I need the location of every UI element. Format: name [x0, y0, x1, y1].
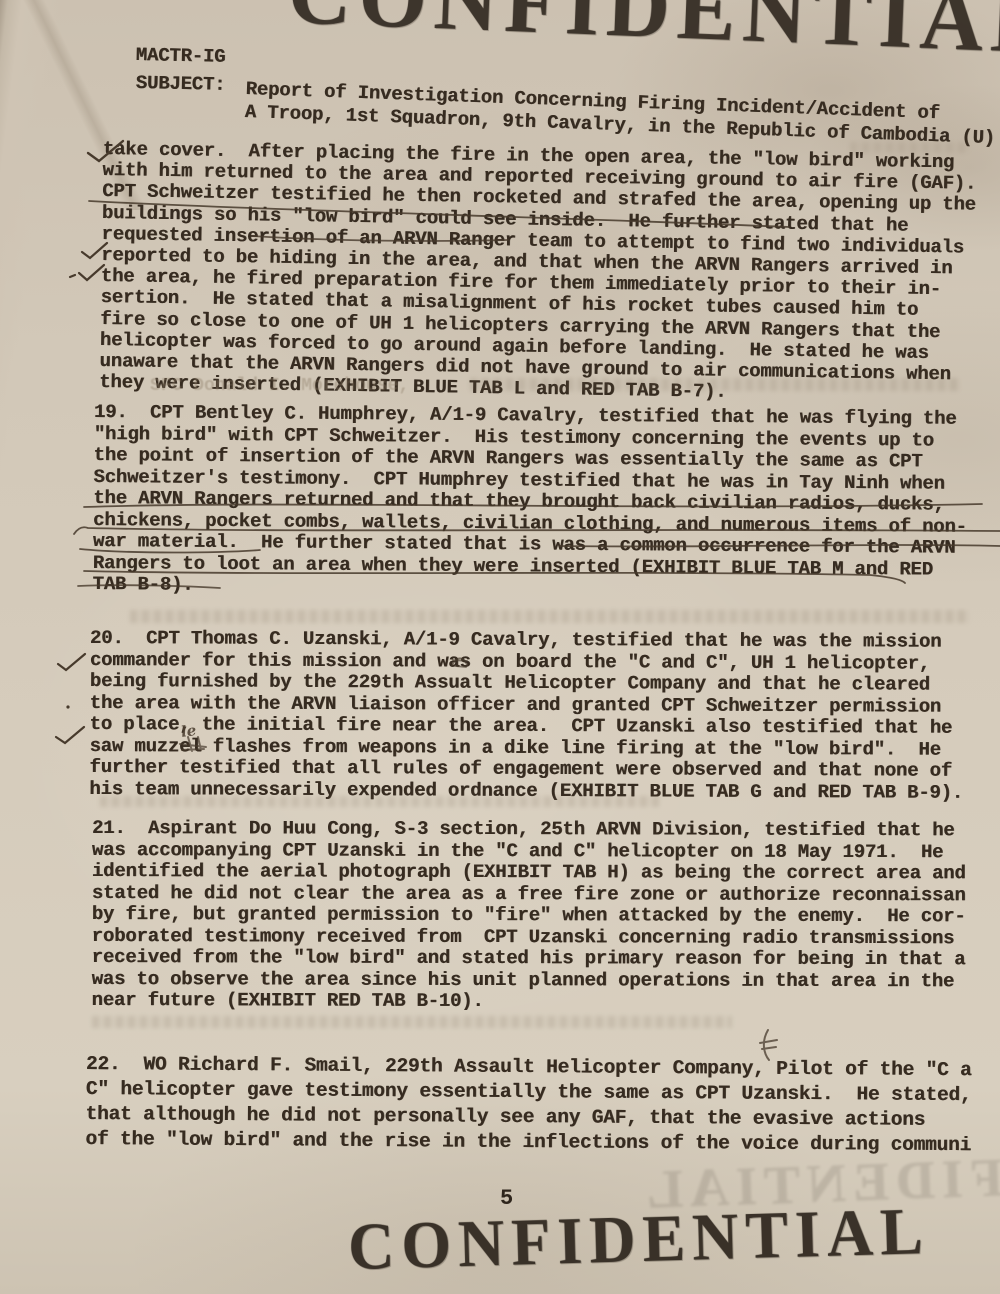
confidential-stamp-bottom: CONFIDENTIAL: [347, 1192, 931, 1286]
office-symbol: MACTR-IG: [136, 44, 226, 68]
margin-checkmark: [70, 265, 104, 280]
handwritten-correction: le: [180, 721, 198, 741]
pen-dot: [66, 705, 69, 708]
bleedthrough-text: SFC Donald I. Morehouse,: [150, 376, 409, 396]
page-number: 5: [500, 1186, 513, 1211]
paragraph-18-continuation: take cover. After placing the fire in th…: [99, 139, 977, 407]
paragraph-21: 21. Aspirant Do Huu Cong, S-3 section, 2…: [91, 818, 965, 1014]
typed-line: of the "low bird" and the rise in the in…: [85, 1127, 971, 1158]
paragraph-19: 19. CPT Bentley C. Humphrey, A/1-9 Caval…: [92, 402, 967, 602]
typed-line: his team unnecessarily expended ordnance…: [89, 778, 963, 803]
confidential-stamp-top: CONFIDENTIAL: [286, 0, 1000, 75]
margin-checkmark: [58, 654, 85, 670]
pen-insertion-mark: [760, 1030, 777, 1060]
bleedthrough-smudge: [92, 1016, 732, 1028]
typed-line: near future (EXHIBIT RED TAB B-10).: [91, 990, 965, 1014]
subject-label: SUBJECT:: [136, 72, 226, 96]
subject-text: Report of Investigation Concerning Firin…: [244, 78, 996, 150]
typed-line: 21. Aspirant Do Huu Cong, S-3 section, 2…: [92, 818, 966, 842]
paragraph-22: 22. WO Richard F. Smail, 229th Assault H…: [85, 1052, 971, 1158]
typed-line: by fire, but granted permission to "fire…: [92, 904, 966, 928]
typed-line: identified the aerial photograph (EXHIBI…: [92, 861, 966, 885]
bleedthrough-smudge: [130, 610, 970, 623]
scanned-document-page: CONFIDENTIAL CONFIDENTIAL CONFIDENTIAL 5…: [0, 0, 1000, 1294]
margin-checkmark: [56, 727, 84, 743]
paragraph-20: 20. CPT Thomas C. Uzanski, A/1-9 Cavalry…: [89, 628, 963, 804]
typed-line: received from the "low bird" and stated …: [92, 947, 966, 971]
